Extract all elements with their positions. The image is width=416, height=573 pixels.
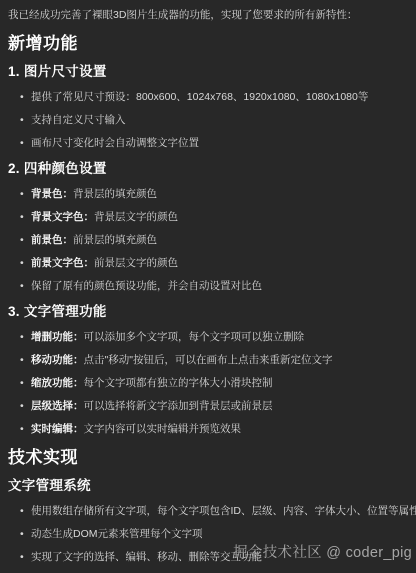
item-text: 可以选择将新文字添加到背景层或前景层: [84, 400, 273, 412]
item-text: 支持自定义尺寸输入: [31, 114, 126, 126]
list-item: 缩放功能：每个文字项都有独立的字体大小滑块控制: [31, 376, 408, 391]
list-item: 动态生成DOM元素来管理每个文字项: [31, 527, 408, 542]
section1-list: 提供了常见尺寸预设：800x600、1024x768、1920x1080、108…: [8, 90, 408, 151]
watermark: 掘金技术社区 @ coder_pig: [233, 545, 412, 562]
item-text: 文字内容可以实时编辑并预览效果: [84, 423, 242, 435]
list-item: 移动功能：点击"移动"按钮后，可以在画布上点击来重新定位文字: [31, 353, 408, 368]
item-text: 背景层文字的颜色: [94, 211, 178, 223]
intro-paragraph: 我已经成功完善了裸眼3D图片生成器的功能，实现了您要求的所有新特性：: [8, 8, 408, 23]
section4-title: 文字管理系统: [8, 478, 408, 494]
section2-title: 2. 四种颜色设置: [8, 161, 408, 177]
item-text: 背景层的填充颜色: [73, 188, 157, 200]
item-label: 前景色：: [31, 234, 73, 246]
list-item: 使用数组存储所有文字项，每个文字项包含ID、层级、内容、字体大小、位置等属性: [31, 504, 408, 519]
list-item: 背景色：背景层的填充颜色: [31, 187, 408, 202]
item-text: 前景层文字的颜色: [94, 257, 178, 269]
heading-new-features: 新增功能: [8, 33, 408, 54]
item-label: 前景文字色：: [31, 257, 94, 269]
item-label: 缩放功能：: [31, 377, 84, 389]
list-item: 画布尺寸变化时会自动调整文字位置: [31, 136, 408, 151]
item-label: 增删功能：: [31, 331, 84, 343]
item-label: 背景文字色：: [31, 211, 94, 223]
heading-tech-implementation: 技术实现: [8, 447, 408, 468]
item-text: 每个文字项都有独立的字体大小滑块控制: [84, 377, 273, 389]
section3-list: 增删功能：可以添加多个文字项，每个文字项可以独立删除 移动功能：点击"移动"按钮…: [8, 330, 408, 437]
list-item: 背景文字色：背景层文字的颜色: [31, 210, 408, 225]
list-item: 前景色：前景层的填充颜色: [31, 233, 408, 248]
article-page: 我已经成功完善了裸眼3D图片生成器的功能，实现了您要求的所有新特性： 新增功能 …: [0, 0, 416, 573]
item-text: 实现了文字的选择、编辑、移动、删除等交互功能: [31, 551, 262, 563]
item-text: 前景层的填充颜色: [73, 234, 157, 246]
item-label: 层级选择：: [31, 400, 84, 412]
section3-title: 3. 文字管理功能: [8, 304, 408, 320]
list-item: 支持自定义尺寸输入: [31, 113, 408, 128]
item-label: 移动功能：: [31, 354, 84, 366]
list-item: 前景文字色：前景层文字的颜色: [31, 256, 408, 271]
item-label: 实时编辑：: [31, 423, 84, 435]
list-item: 保留了原有的颜色预设功能，并会自动设置对比色: [31, 279, 408, 294]
list-item: 层级选择：可以选择将新文字添加到背景层或前景层: [31, 399, 408, 414]
item-text: 保留了原有的颜色预设功能，并会自动设置对比色: [31, 280, 262, 292]
item-text: 提供了常见尺寸预设：800x600、1024x768、1920x1080、108…: [31, 91, 368, 103]
item-text: 可以添加多个文字项，每个文字项可以独立删除: [84, 331, 305, 343]
item-text: 动态生成DOM元素来管理每个文字项: [31, 528, 203, 540]
item-text: 使用数组存储所有文字项，每个文字项包含ID、层级、内容、字体大小、位置等属性: [31, 505, 416, 517]
item-label: 背景色：: [31, 188, 73, 200]
list-item: 实时编辑：文字内容可以实时编辑并预览效果: [31, 422, 408, 437]
item-text: 画布尺寸变化时会自动调整文字位置: [31, 137, 199, 149]
list-item: 增删功能：可以添加多个文字项，每个文字项可以独立删除: [31, 330, 408, 345]
item-text: 点击"移动"按钮后，可以在画布上点击来重新定位文字: [84, 354, 333, 366]
section2-list: 背景色：背景层的填充颜色 背景文字色：背景层文字的颜色 前景色：前景层的填充颜色…: [8, 187, 408, 294]
list-item: 提供了常见尺寸预设：800x600、1024x768、1920x1080、108…: [31, 90, 408, 105]
section1-title: 1. 图片尺寸设置: [8, 64, 408, 80]
